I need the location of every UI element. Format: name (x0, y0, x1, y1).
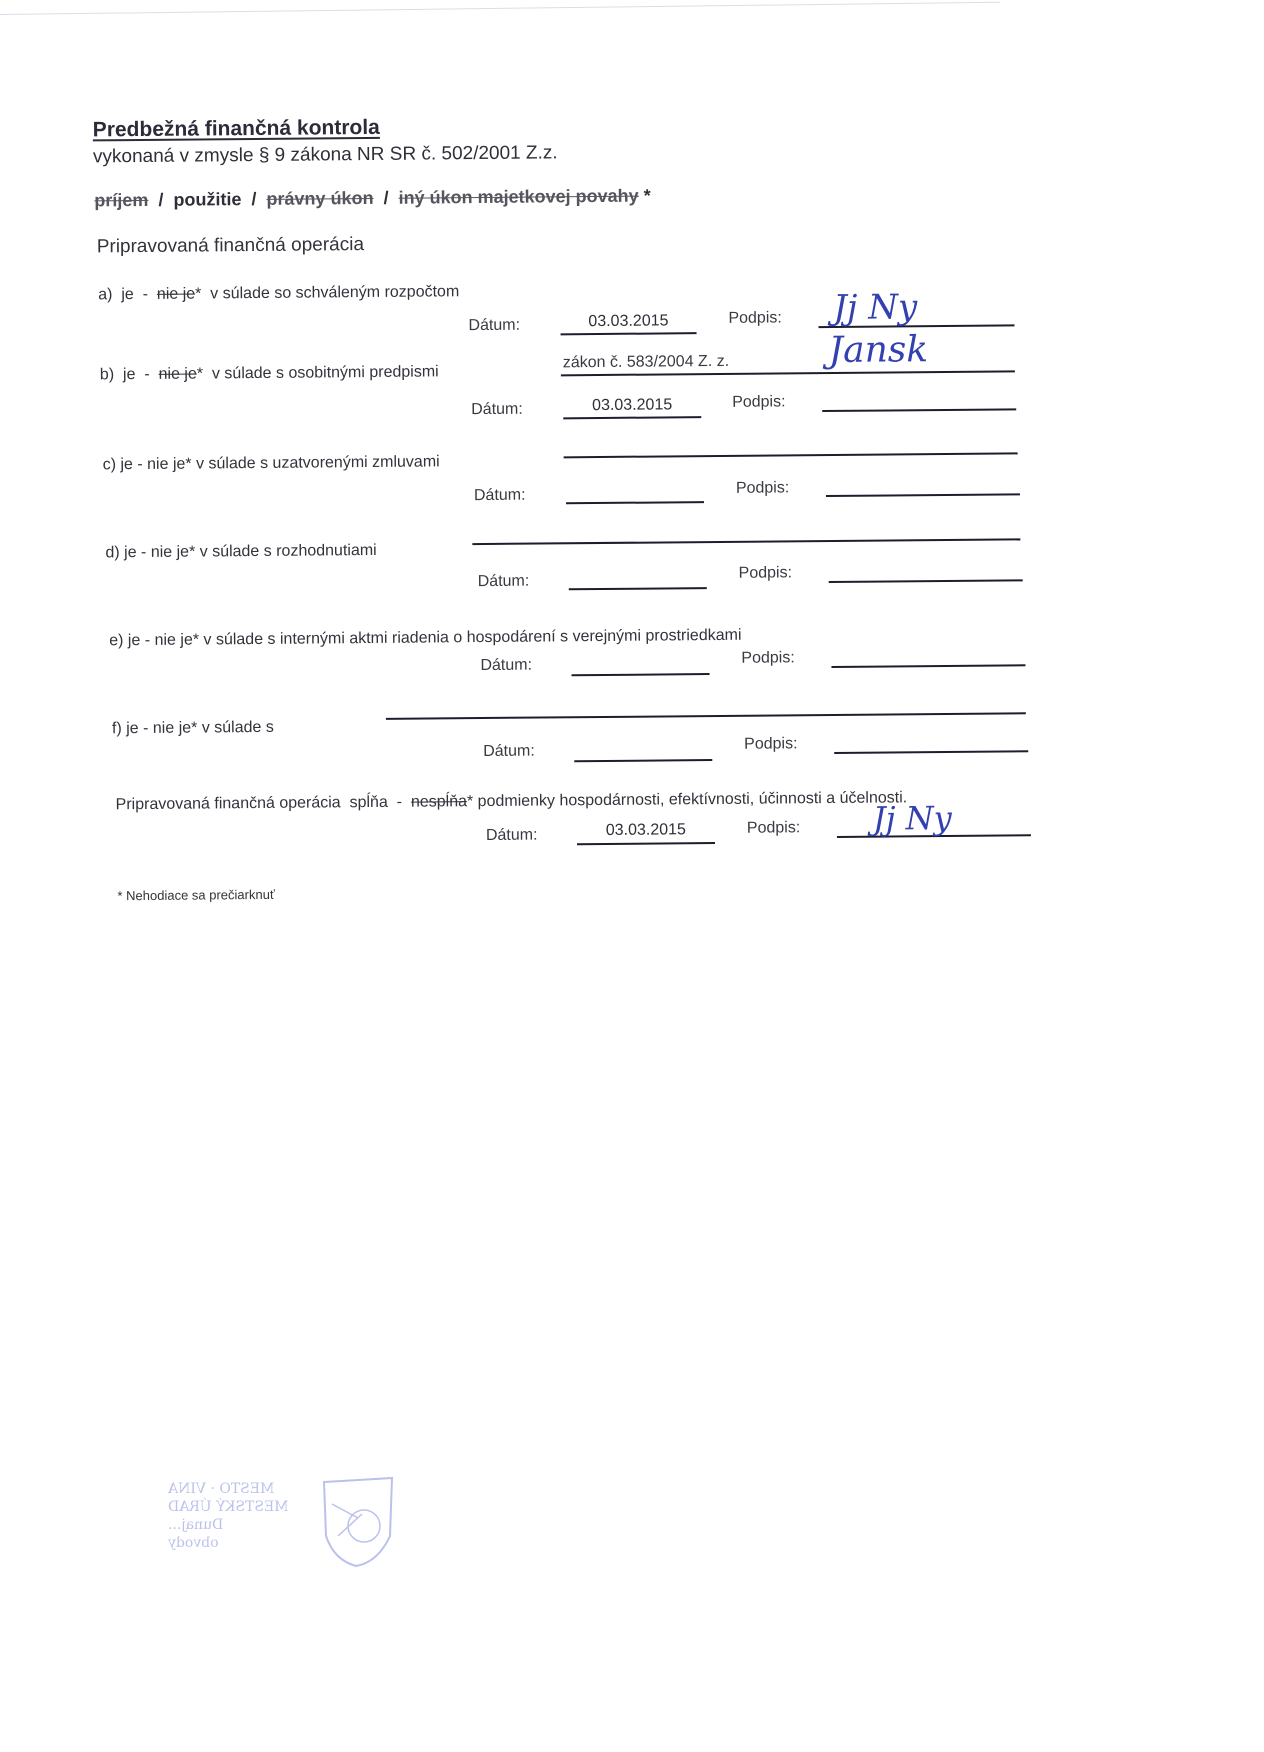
conclusion-prefix: Pripravovaná finančná operácia spĺňa - (116, 794, 411, 814)
item-b: b) je - nie je* v súlade s osobitnými pr… (100, 363, 439, 384)
item-a-prefix: a) je - (98, 286, 157, 304)
page-title: Predbežná finančná kontrola (93, 116, 380, 143)
signature-label-e: Podpis: (741, 649, 795, 667)
signature-b: Jansk (829, 329, 929, 371)
date-line-a (561, 332, 697, 335)
item-a: a) je - nie je* v súlade so schváleným r… (98, 283, 459, 304)
type-sep: / (251, 189, 256, 209)
conclusion-struck: nespĺňa (411, 793, 467, 810)
item-b-struck: nie je (159, 366, 197, 383)
signature-label-b: Podpis: (732, 393, 786, 411)
signature-line-e[interactable] (831, 664, 1025, 668)
footnote: * Nehodiace sa prečiarknuť (117, 887, 274, 903)
item-c: c) je - nie je* v súlade s uzatvorenými … (103, 453, 440, 474)
item-b-prefix: b) je - (100, 366, 159, 384)
item-d: d) je - nie je* v súlade s rozhodnutiami (105, 542, 376, 562)
stamp-line: MESTO · VINA (168, 1480, 328, 1498)
date-label-e: Dátum: (480, 657, 532, 675)
signature-line-f[interactable] (834, 750, 1028, 754)
official-stamp: MESTO · VINA MESTSKÝ ÚRAD Dunaj... obvod… (168, 1480, 328, 1552)
item-a-struck: nie je (157, 286, 195, 303)
item-f: f) je - nie je* v súlade s (112, 719, 274, 738)
signature-a: Jj Ny (833, 287, 917, 328)
date-value-a[interactable]: 03.03.2015 (560, 312, 696, 331)
date-label-d: Dátum: (478, 573, 530, 591)
type-other-act: iný úkon majetkovej povahy (398, 186, 638, 208)
date-line-e[interactable] (572, 673, 710, 676)
item-a-suffix: * v súlade so schváleným rozpočtom (195, 283, 459, 302)
detail-line-d[interactable] (472, 538, 1020, 545)
type-use: použitie (173, 189, 241, 210)
date-label-final: Dátum: (486, 827, 538, 845)
item-b-suffix: * v súlade s osobitnými predpismi (197, 363, 439, 382)
page-subtitle: vykonaná v zmysle § 9 zákona NR SR č. 50… (93, 142, 558, 168)
date-label-c: Dátum: (474, 487, 526, 505)
operation-types: príjem / použitie / právny úkon / iný úk… (94, 186, 650, 212)
date-line-f[interactable] (574, 759, 712, 762)
signature-final: Jj Ny (873, 799, 952, 838)
detail-line-f[interactable] (386, 712, 1026, 720)
signature-line-d[interactable] (829, 579, 1023, 583)
date-line-c[interactable] (566, 501, 704, 504)
regulation-ref-b[interactable]: zákon č. 583/2004 Z. z. (563, 353, 729, 372)
signature-label-d: Podpis: (739, 564, 793, 582)
conclusion-suffix: * podmienky hospodárnosti, efektívnosti,… (467, 789, 907, 810)
signature-line-b[interactable] (822, 408, 1016, 412)
signature-line-c[interactable] (826, 493, 1020, 497)
coat-of-arms-icon (318, 1474, 398, 1570)
date-line-d[interactable] (569, 587, 707, 590)
date-label-f: Dátum: (483, 743, 535, 761)
stamp-line: Dunaj... (168, 1516, 328, 1534)
type-legal-act: právny úkon (266, 188, 373, 209)
section-heading: Pripravovaná finančná operácia (97, 234, 364, 258)
stamp-line: obvody (168, 1534, 328, 1552)
date-label-a: Dátum: (468, 317, 520, 335)
signature-label-c: Podpis: (736, 479, 790, 497)
type-sep: / (158, 190, 163, 210)
date-line-final (577, 842, 715, 845)
date-value-b[interactable]: 03.03.2015 (563, 396, 701, 415)
stamp-text: MESTO · VINA MESTSKÝ ÚRAD Dunaj... obvod… (168, 1480, 328, 1552)
date-label-b: Dátum: (471, 401, 523, 419)
date-value-final[interactable]: 03.03.2015 (577, 821, 715, 840)
stamp-line: MESTSKÝ ÚRAD (168, 1498, 328, 1516)
conclusion: Pripravovaná finančná operácia spĺňa - n… (116, 789, 908, 814)
type-income: príjem (94, 190, 148, 210)
date-line-b (563, 416, 701, 419)
item-e: e) je - nie je* v súlade s internými akt… (109, 627, 741, 651)
detail-line-c[interactable] (564, 452, 1018, 458)
type-sep: / (383, 188, 388, 208)
type-asterisk: * (644, 186, 651, 206)
signature-label-a: Podpis: (728, 309, 782, 327)
signature-label-final: Podpis: (747, 819, 801, 837)
signature-label-f: Podpis: (744, 735, 798, 753)
